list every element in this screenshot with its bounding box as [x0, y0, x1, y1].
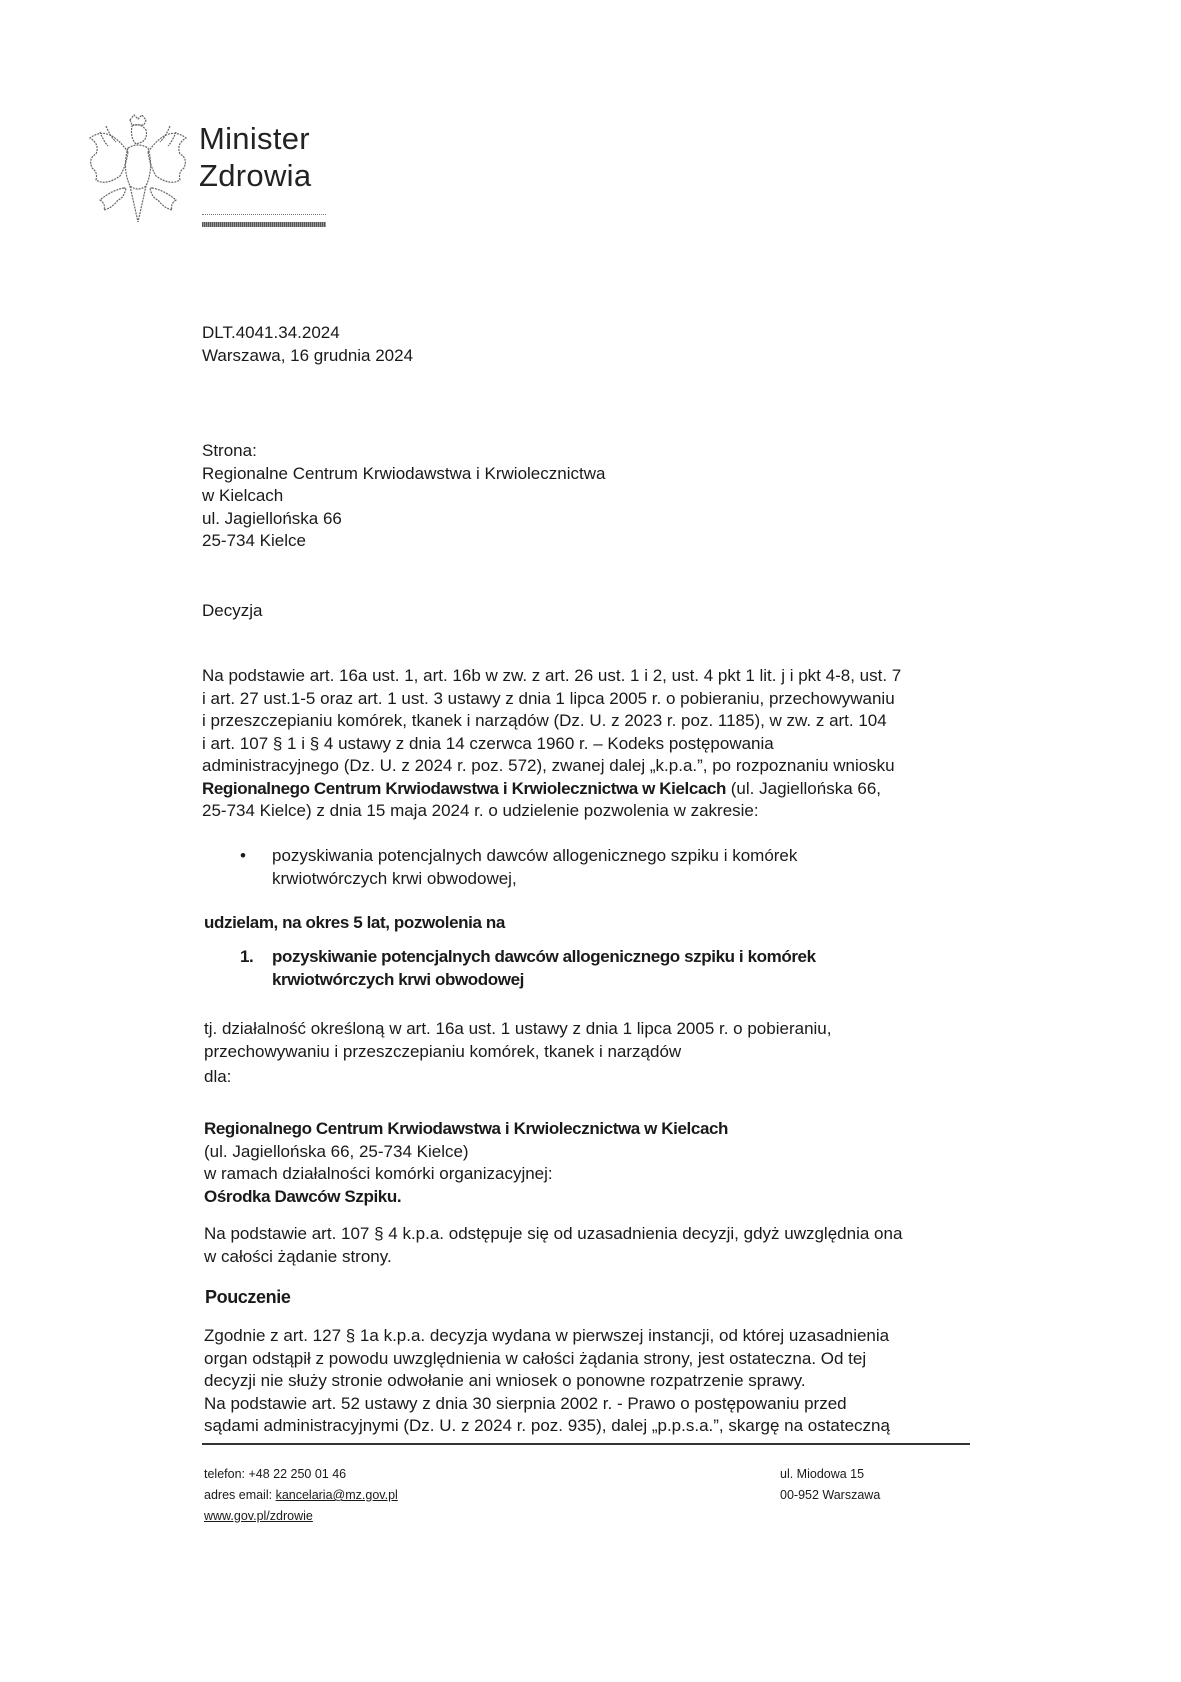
party-label: Strona:	[202, 440, 605, 463]
footer-website-link[interactable]: www.gov.pl/zdrowie	[204, 1509, 313, 1523]
party-line: ul. Jagiellońska 66	[202, 508, 605, 531]
recipient-unit-label: w ramach działalności komórki organizacy…	[204, 1163, 728, 1186]
ministry-title-line2: Zdrowia	[199, 157, 311, 194]
paragraph-line: Na podstawie art. 16a ust. 1, art. 16b w…	[202, 665, 901, 688]
waiver-line: w całości żądanie strony.	[204, 1246, 902, 1269]
footer-address-line2: 00-952 Warszawa	[780, 1485, 880, 1506]
footer-phone: telefon: +48 22 250 01 46	[204, 1464, 398, 1485]
footer-address: ul. Miodowa 15 00-952 Warszawa	[780, 1464, 880, 1506]
party-line: 25-734 Kielce	[202, 530, 605, 553]
paragraph-line: 25-734 Kielce) z dnia 15 maja 2024 r. o …	[202, 800, 901, 823]
instruction-line: organ odstąpił z powodu uwzględnienia w …	[204, 1348, 890, 1371]
instruction-line: Zgodnie z art. 127 § 1a k.p.a. decyzja w…	[204, 1325, 890, 1348]
justification-waiver: Na podstawie art. 107 § 4 k.p.a. odstępu…	[204, 1223, 902, 1268]
ministry-title: Minister Zdrowia	[199, 120, 311, 194]
footer-email-link[interactable]: kancelaria@mz.gov.pl	[276, 1488, 398, 1502]
for-label: dla:	[204, 1066, 231, 1089]
legal-basis-paragraph: Na podstawie art. 16a ust. 1, art. 16b w…	[202, 665, 901, 890]
bullet-icon: •	[240, 845, 246, 868]
logo-divider-dotted	[202, 214, 326, 215]
instruction-line: decyzji nie służy stronie odwołanie ani …	[204, 1370, 890, 1393]
case-number: DLT.4041.34.2024	[202, 322, 413, 345]
scope-line: pozyskiwania potencjalnych dawców alloge…	[272, 845, 797, 868]
activity-line: tj. działalność określoną w art. 16a ust…	[204, 1018, 831, 1041]
applicant-address: (ul. Jagiellońska 66,	[726, 779, 881, 798]
item-number: 1.	[240, 946, 253, 969]
place-date: Warszawa, 16 grudnia 2024	[202, 345, 413, 368]
paragraph-line: i art. 27 ust.1-5 oraz art. 1 ust. 3 ust…	[202, 688, 901, 711]
reference-block: DLT.4041.34.2024 Warszawa, 16 grudnia 20…	[202, 322, 413, 367]
footer-contact: telefon: +48 22 250 01 46 adres email: k…	[204, 1464, 398, 1527]
grant-statement: udzielam, na okres 5 lat, pozwolenia na	[204, 912, 505, 935]
paragraph-line: Regionalnego Centrum Krwiodawstwa i Krwi…	[202, 778, 901, 801]
waiver-line: Na podstawie art. 107 § 4 k.p.a. odstępu…	[204, 1223, 902, 1246]
ministry-title-line1: Minister	[199, 120, 311, 157]
footer-email-label: adres email:	[204, 1488, 276, 1502]
paragraph-line: i przeszczepianiu komórek, tkanek i narz…	[202, 710, 901, 733]
instruction-line: sądami administracyjnymi (Dz. U. z 2024 …	[204, 1415, 890, 1438]
party-line: w Kielcach	[202, 485, 605, 508]
recipient-name: Regionalnego Centrum Krwiodawstwa i Krwi…	[204, 1118, 728, 1141]
instruction-text: Zgodnie z art. 127 § 1a k.p.a. decyzja w…	[204, 1325, 890, 1438]
decision-title: Decyzja	[202, 600, 262, 623]
party-line: Regionalne Centrum Krwiodawstwa i Krwiol…	[202, 463, 605, 486]
applicant-name: Regionalnego Centrum Krwiodawstwa i Krwi…	[202, 779, 726, 798]
paragraph-line: i art. 107 § 1 i § 4 ustawy z dnia 14 cz…	[202, 733, 901, 756]
activity-line: przechowywaniu i przeszczepianiu komórek…	[204, 1041, 831, 1064]
activity-description: tj. działalność określoną w art. 16a ust…	[204, 1018, 831, 1063]
footer-email-row: adres email: kancelaria@mz.gov.pl	[204, 1485, 398, 1506]
footer-address-line1: ul. Miodowa 15	[780, 1464, 880, 1485]
party-address-block: Strona: Regionalne Centrum Krwiodawstwa …	[202, 440, 605, 553]
logo-divider-bar	[202, 222, 326, 227]
instruction-heading: Pouczenie	[205, 1286, 290, 1309]
paragraph-line: administracyjnego (Dz. U. z 2024 r. poz.…	[202, 755, 901, 778]
item-line: pozyskiwanie potencjalnych dawców alloge…	[272, 946, 816, 969]
scope-line: krwiotwórczych krwi obwodowej,	[202, 868, 901, 891]
recipient-address: (ul. Jagiellońska 66, 25-734 Kielce)	[204, 1141, 728, 1164]
granted-item-1: 1. pozyskiwanie potencjalnych dawców all…	[202, 946, 902, 991]
recipient-unit-name: Ośrodka Dawców Szpiku.	[204, 1186, 728, 1209]
instruction-line: Na podstawie art. 52 ustawy z dnia 30 si…	[204, 1393, 890, 1416]
item-line: krwiotwórczych krwi obwodowej	[202, 969, 902, 992]
polish-eagle-emblem-icon	[84, 112, 192, 230]
requested-scope-item: • pozyskiwania potencjalnych dawców allo…	[202, 845, 901, 868]
recipient-block: Regionalnego Centrum Krwiodawstwa i Krwi…	[204, 1118, 728, 1208]
footer-divider	[202, 1443, 970, 1445]
